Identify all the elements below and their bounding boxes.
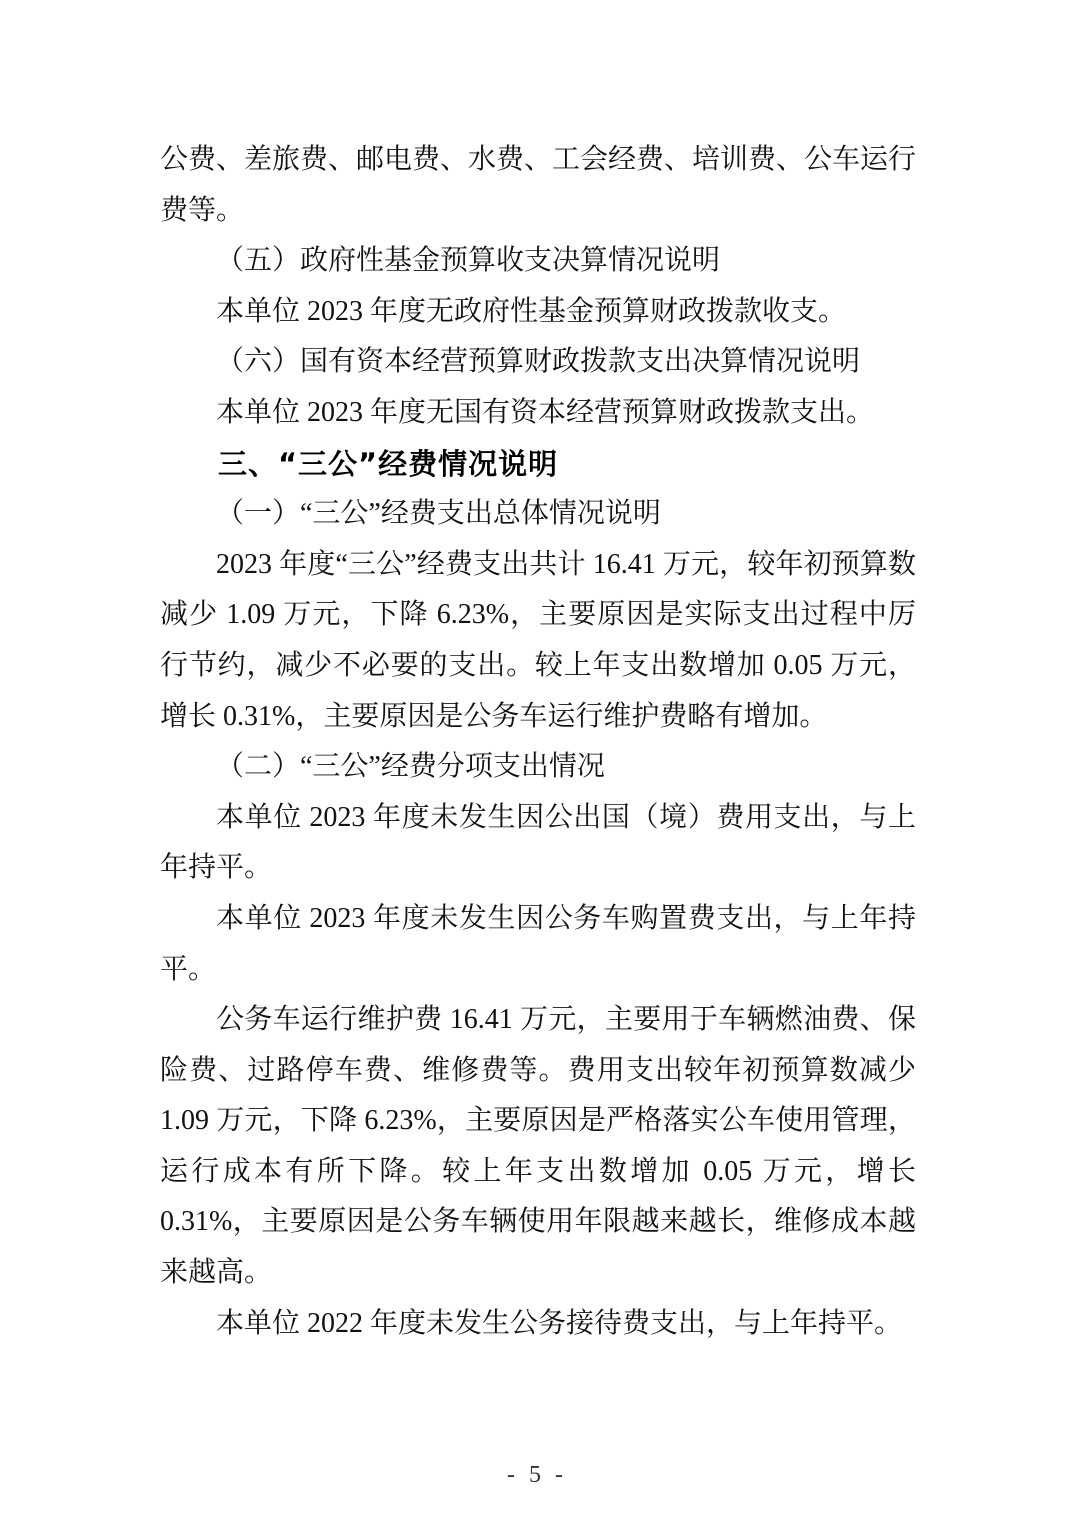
subsection-heading-overall-expense: （一）“三公”经费支出总体情况说明 bbox=[160, 489, 916, 540]
document-body: 公费、差旅费、邮电费、水费、工会经费、培训费、公车运行费等。 （五）政府性基金预… bbox=[160, 135, 916, 1349]
paragraph-vehicle-purchase-expense: 本单位 2023 年度未发生因公务车购置费支出，与上年持平。 bbox=[160, 894, 916, 995]
paragraph-abroad-expense: 本单位 2023 年度未发生因公出国（境）费用支出，与上年持平。 bbox=[160, 793, 916, 894]
subsection-heading-gov-fund-budget: （五）政府性基金预算收支决算情况说明 bbox=[160, 236, 916, 287]
paragraph-gov-fund-budget: 本单位 2023 年度无政府性基金预算财政拨款收支。 bbox=[160, 287, 916, 338]
page-number: - 5 - bbox=[0, 1462, 1074, 1489]
paragraph-state-capital-budget: 本单位 2023 年度无国有资本经营预算财政拨款支出。 bbox=[160, 388, 916, 439]
paragraph-overall-expense: 2023 年度“三公”经费支出共计 16.41 万元，较年初预算数减少 1.09… bbox=[160, 540, 916, 742]
document-page: 公费、差旅费、邮电费、水费、工会经费、培训费、公车运行费等。 （五）政府性基金预… bbox=[0, 0, 1074, 1520]
paragraph-reception-expense: 本单位 2022 年度未发生公务接待费支出，与上年持平。 bbox=[160, 1299, 916, 1350]
paragraph-expense-items-continuation: 公费、差旅费、邮电费、水费、工会经费、培训费、公车运行费等。 bbox=[160, 135, 916, 236]
subsection-heading-state-capital-budget: （六）国有资本经营预算财政拨款支出决算情况说明 bbox=[160, 337, 916, 388]
section-heading-three-public-expenses: 三、“三公”经费情况说明 bbox=[160, 439, 916, 490]
subsection-heading-itemized-expense: （二）“三公”经费分项支出情况 bbox=[160, 742, 916, 793]
paragraph-vehicle-maintenance-expense: 公务车运行维护费 16.41 万元，主要用于车辆燃油费、保险费、过路停车费、维修… bbox=[160, 995, 916, 1299]
